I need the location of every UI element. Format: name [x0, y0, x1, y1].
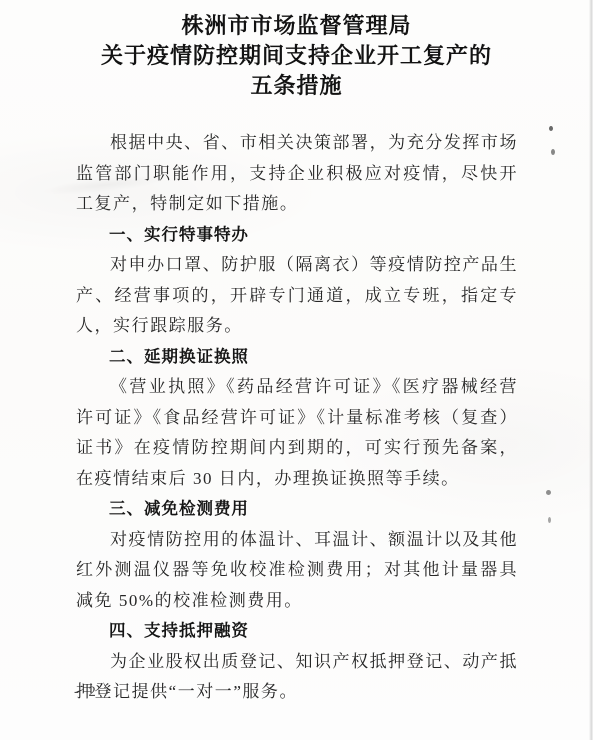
paragraph: 对申办口罩、防护服（隔离衣）等疫情防控产品生产、经营事项的，开辟专门通道，成立专… — [76, 250, 518, 342]
scan-artifact — [551, 149, 555, 155]
paragraph: 为企业股权出质登记、知识产权抵押登记、动产抵押登记提供“一对一”服务。 — [76, 647, 518, 708]
section-heading: 二、延期换证换照 — [76, 342, 518, 373]
section-heading: 四、支持抵押融资 — [76, 616, 518, 647]
document-body: 根据中央、省、市相关决策部署，为充分发挥市场监管部门职能作用，支持企业积极应对疫… — [76, 128, 518, 708]
page-number: - 2 - — [74, 684, 113, 701]
paragraph: 《营业执照》《药品经营许可证》《医疗器械经营许可证》《食品经营许可证》《计量标准… — [76, 372, 518, 494]
document-title: 株洲市市场监督管理局 关于疫情防控期间支持企业开工复产的 五条措施 — [0, 0, 593, 101]
scan-artifact — [549, 126, 553, 131]
scan-artifact — [548, 517, 551, 523]
scan-artifact — [546, 490, 551, 495]
title-line-2: 关于疫情防控期间支持企业开工复产的 — [0, 41, 593, 71]
section-heading: 三、减免检测费用 — [76, 494, 518, 525]
scan-edge-shadow — [589, 0, 593, 740]
title-line-3: 五条措施 — [0, 71, 593, 101]
scanned-document-page: 株洲市市场监督管理局 关于疫情防控期间支持企业开工复产的 五条措施 根据中央、省… — [0, 0, 593, 740]
title-line-1: 株洲市市场监督管理局 — [0, 11, 593, 41]
paragraph: 对疫情防控用的体温计、耳温计、额温计以及其他红外测温仪器等免收校准检测费用；对其… — [76, 525, 518, 617]
section-heading: 一、实行特事特办 — [76, 220, 518, 251]
